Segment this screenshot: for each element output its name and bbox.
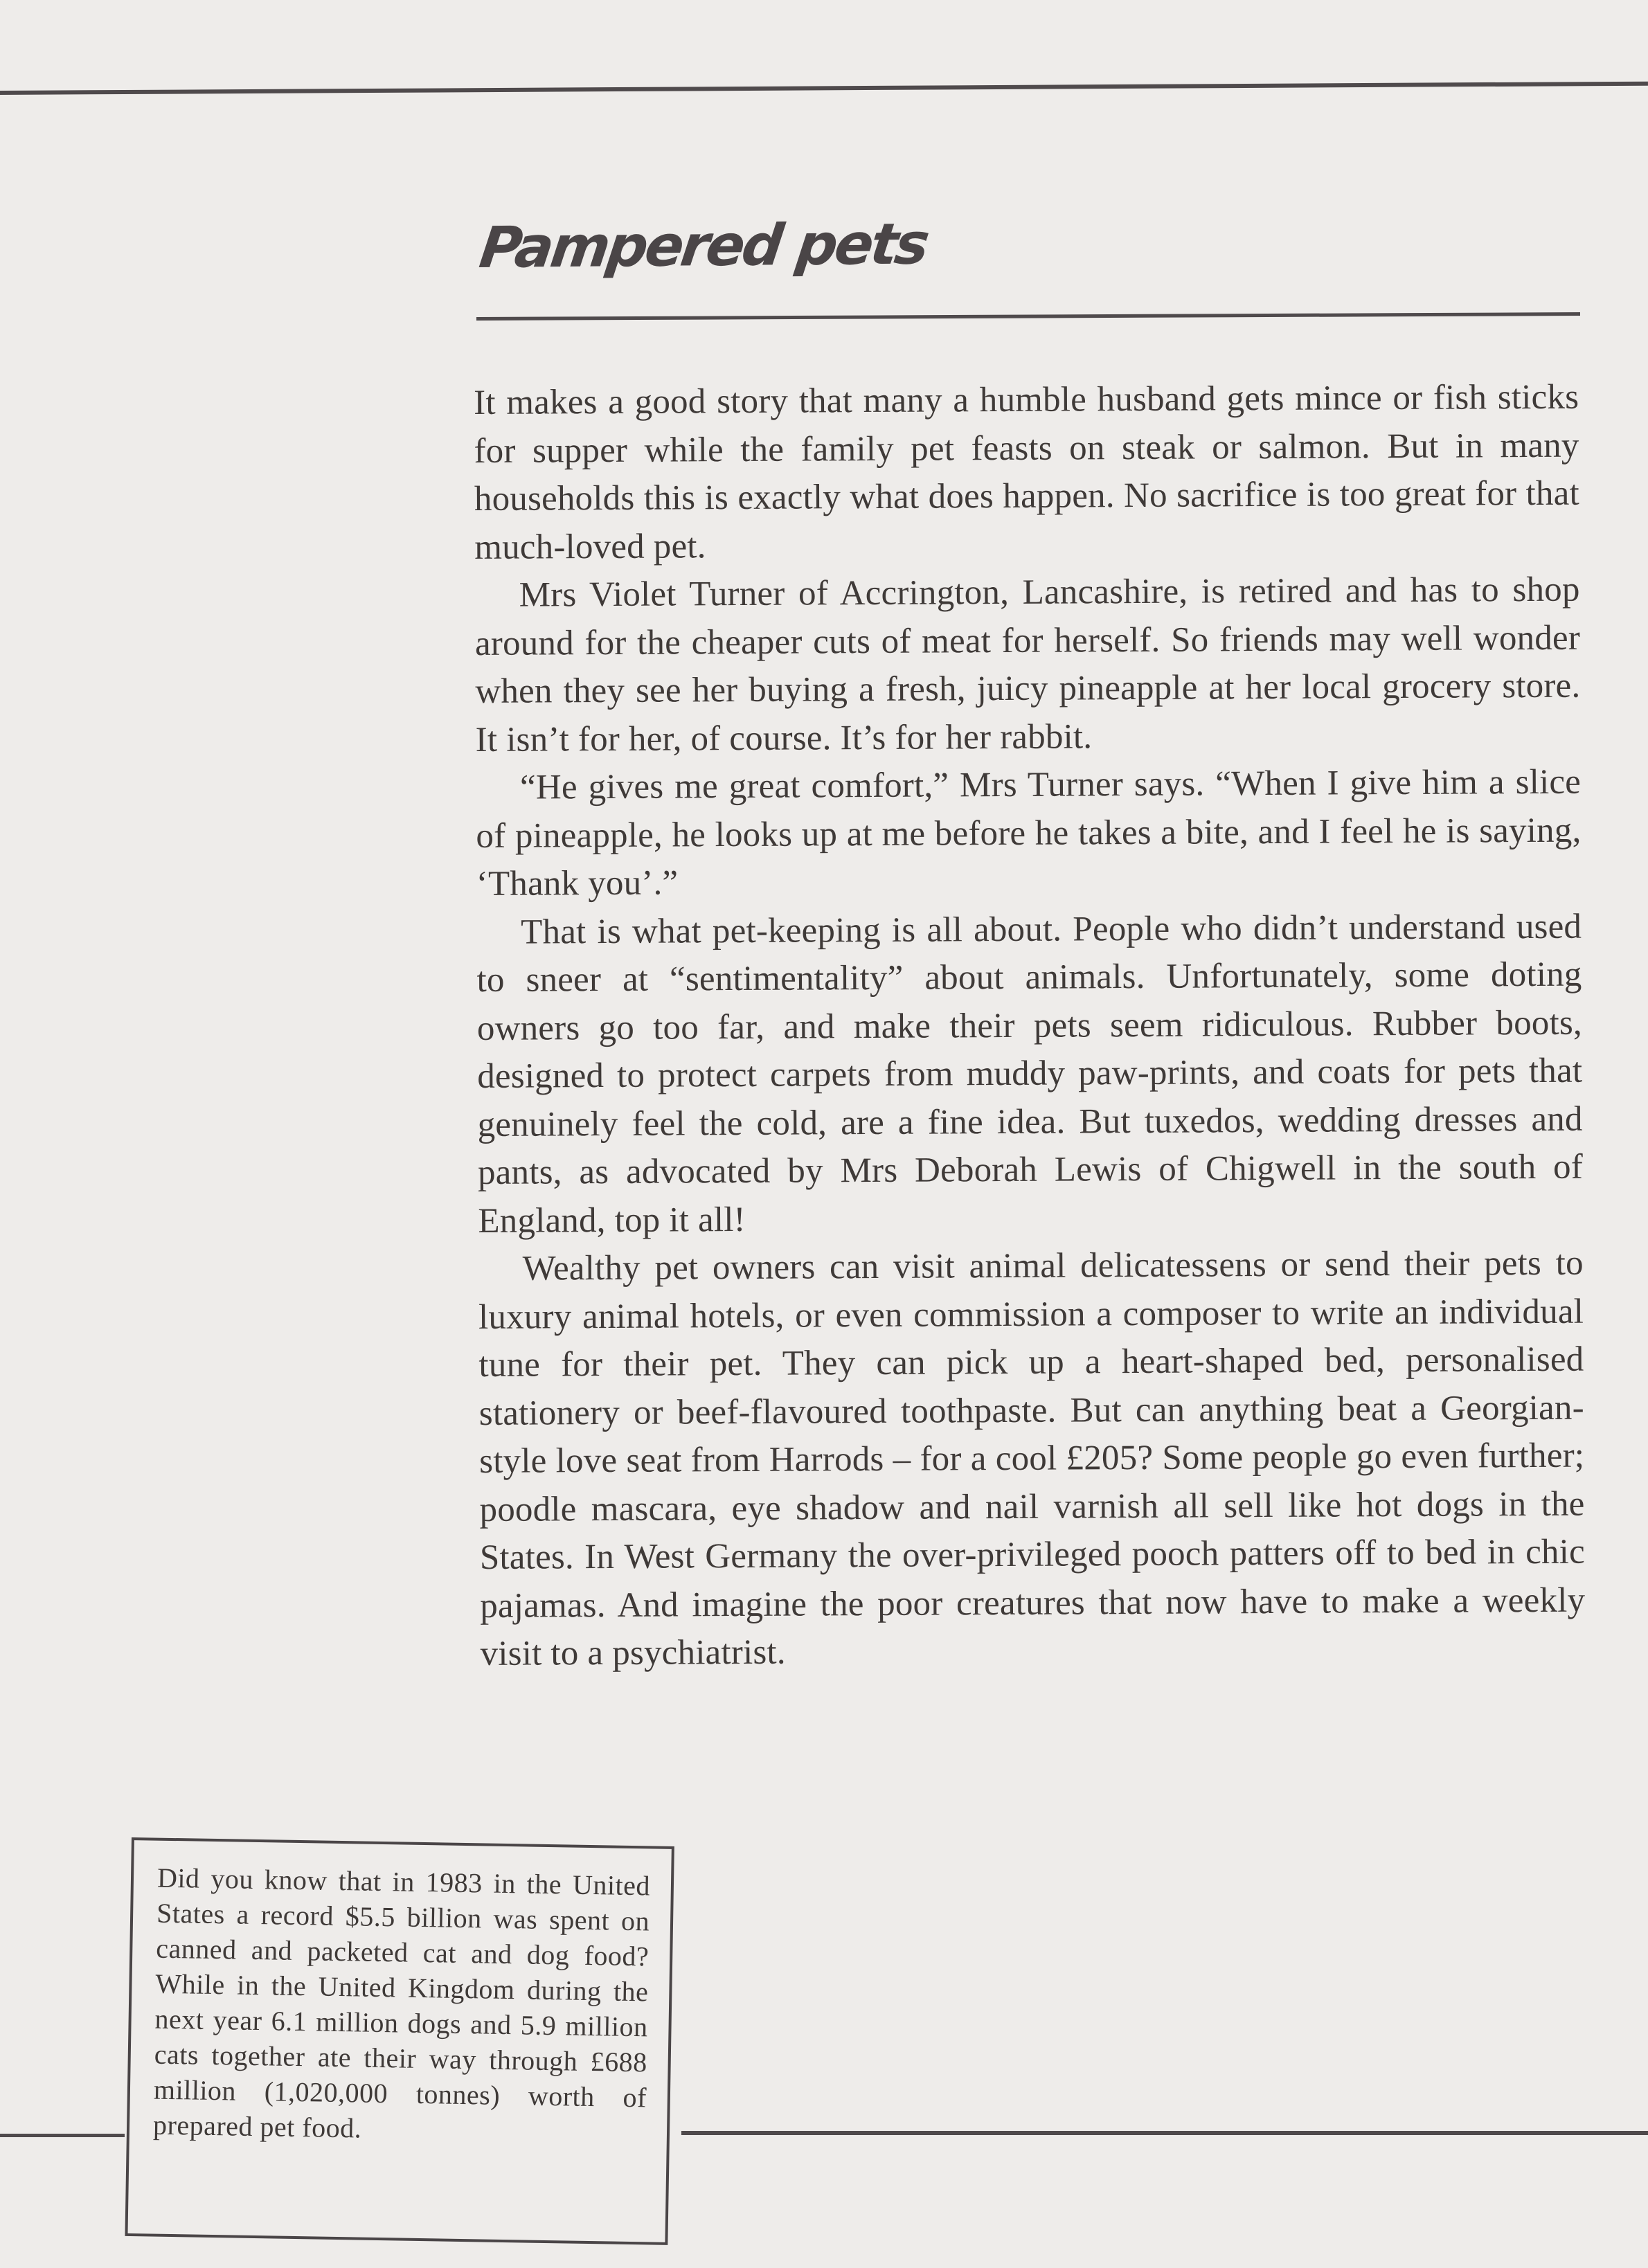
article-paragraph-5: Wealthy pet owners can visit animal deli… xyxy=(478,1240,1586,1679)
article-paragraph-2: Mrs Violet Turner of Accrington, Lancash… xyxy=(474,566,1580,764)
bottom-rule-left xyxy=(0,2134,125,2137)
bottom-rule-right xyxy=(681,2131,1648,2135)
page-title: Pampered pets xyxy=(476,210,1589,277)
title-block: Pampered pets xyxy=(476,220,1580,277)
title-underline xyxy=(476,312,1580,321)
article-paragraph-3: “He gives me great comfort,” Mrs Turner … xyxy=(476,759,1582,909)
article-paragraph-1: It makes a good story that many a humble… xyxy=(474,374,1579,572)
did-you-know-box: Did you know that in 1983 in the United … xyxy=(125,1837,674,2245)
did-you-know-text: Did you know that in 1983 in the United … xyxy=(153,1860,651,2151)
article-body: It makes a good story that many a humble… xyxy=(474,374,1586,1679)
top-rule xyxy=(0,82,1648,95)
article-paragraph-4: That is what pet-keeping is all about. P… xyxy=(476,903,1584,1245)
